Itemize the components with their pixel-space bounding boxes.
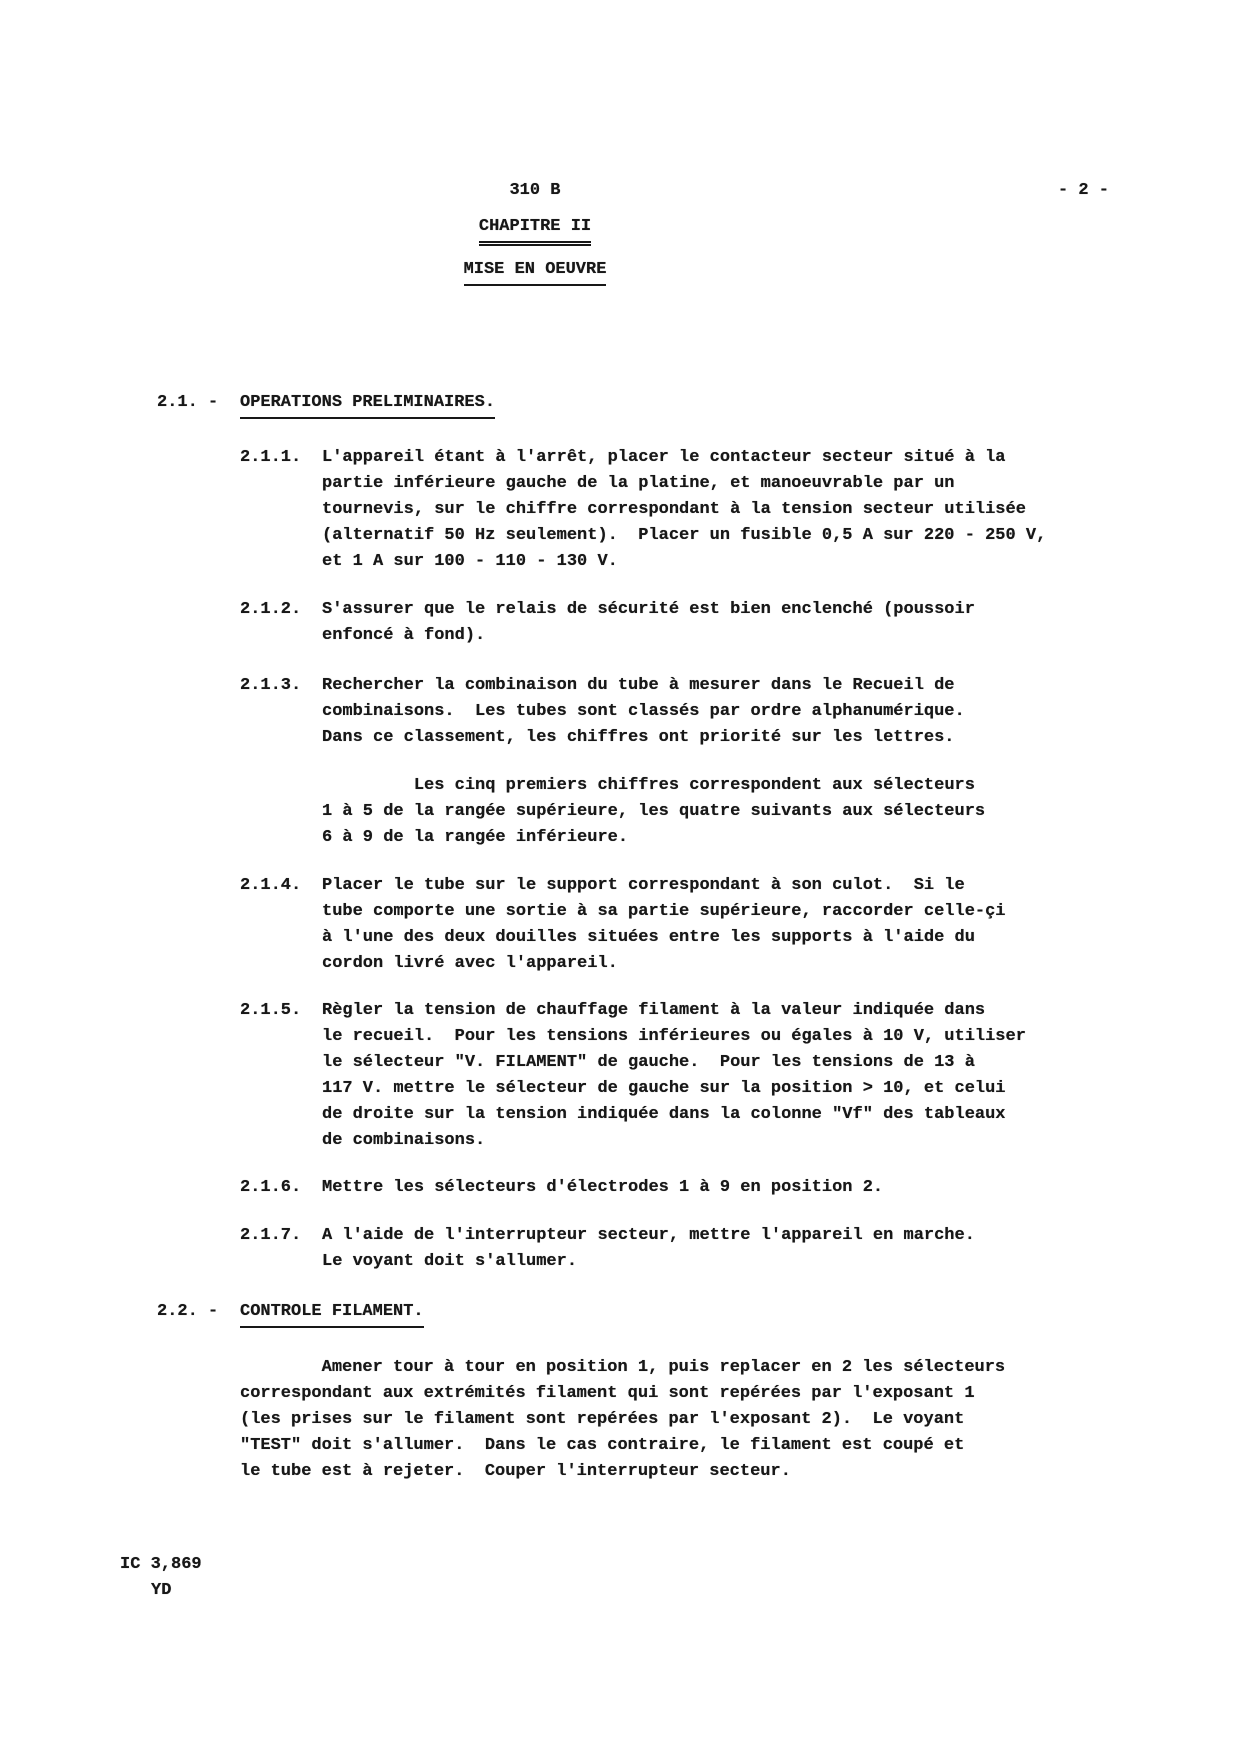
item-text: S'assurer que le relais de sécurité est … xyxy=(322,597,1092,649)
chapter-title: CHAPITRE II xyxy=(479,214,591,246)
item-text: L'appareil étant à l'arrêt, placer le co… xyxy=(322,445,1092,575)
list-item-2-1-1: 2.1.1. L'appareil étant à l'arrêt, place… xyxy=(240,445,1092,575)
chapter-subtitle: MISE EN OEUVRE xyxy=(464,257,607,286)
list-item-2-1-2: 2.1.2. S'assurer que le relais de sécuri… xyxy=(240,597,1092,649)
chapter-subtitle-line: MISE EN OEUVRE xyxy=(185,257,885,286)
item-number: 2.1.3. xyxy=(240,673,322,699)
footer-initials: YD xyxy=(151,1578,171,1604)
list-item-2-1-3: 2.1.3. Rechercher la combinaison du tube… xyxy=(240,673,1092,751)
item-text: Les cinq premiers chiffres correspondent… xyxy=(322,773,1092,851)
item-text: Mettre les sélecteurs d'électrodes 1 à 9… xyxy=(322,1175,1092,1201)
item-number: 2.1.6. xyxy=(240,1175,322,1201)
list-item-2-1-6: 2.1.6. Mettre les sélecteurs d'électrode… xyxy=(240,1175,1092,1201)
section-number: 2.2. - xyxy=(157,1299,240,1325)
section-heading-2-2: 2.2. -CONTROLE FILAMENT. xyxy=(157,1299,424,1328)
list-item-2-1-4: 2.1.4. Placer le tube sur le support cor… xyxy=(240,873,1092,977)
item-number: 2.1.1. xyxy=(240,445,322,471)
chapter-heading: CHAPITRE II xyxy=(185,214,885,246)
list-item-2-1-3-continuation: Les cinq premiers chiffres correspondent… xyxy=(240,773,1092,851)
footer-reference: IC 3,869 xyxy=(120,1552,202,1578)
item-number: 2.1.5. xyxy=(240,998,322,1024)
item-number: 2.1.4. xyxy=(240,873,322,899)
page-number: - 2 - xyxy=(1058,178,1109,204)
section-title: CONTROLE FILAMENT. xyxy=(240,1299,424,1328)
item-text: Rechercher la combinaison du tube à mesu… xyxy=(322,673,1092,751)
section-paragraph: Amener tour à tour en position 1, puis r… xyxy=(240,1355,1050,1485)
list-item-2-1-5: 2.1.5. Règler la tension de chauffage fi… xyxy=(240,998,1092,1154)
item-text: Placer le tube sur le support correspond… xyxy=(322,873,1092,977)
section-number: 2.1. - xyxy=(157,390,240,416)
item-text: Règler la tension de chauffage filament … xyxy=(322,998,1092,1154)
document-page: - 2 - 310 B CHAPITRE II MISE EN OEUVRE 2… xyxy=(0,0,1240,1754)
item-text: A l'aide de l'interrupteur secteur, mett… xyxy=(322,1223,1092,1275)
item-number: 2.1.2. xyxy=(240,597,322,623)
section-title: OPERATIONS PRELIMINAIRES. xyxy=(240,390,495,419)
section-heading-2-1: 2.1. -OPERATIONS PRELIMINAIRES. xyxy=(157,390,495,419)
item-number: 2.1.7. xyxy=(240,1223,322,1249)
doc-reference: 310 B xyxy=(185,178,885,204)
list-item-2-1-7: 2.1.7. A l'aide de l'interrupteur secteu… xyxy=(240,1223,1092,1275)
